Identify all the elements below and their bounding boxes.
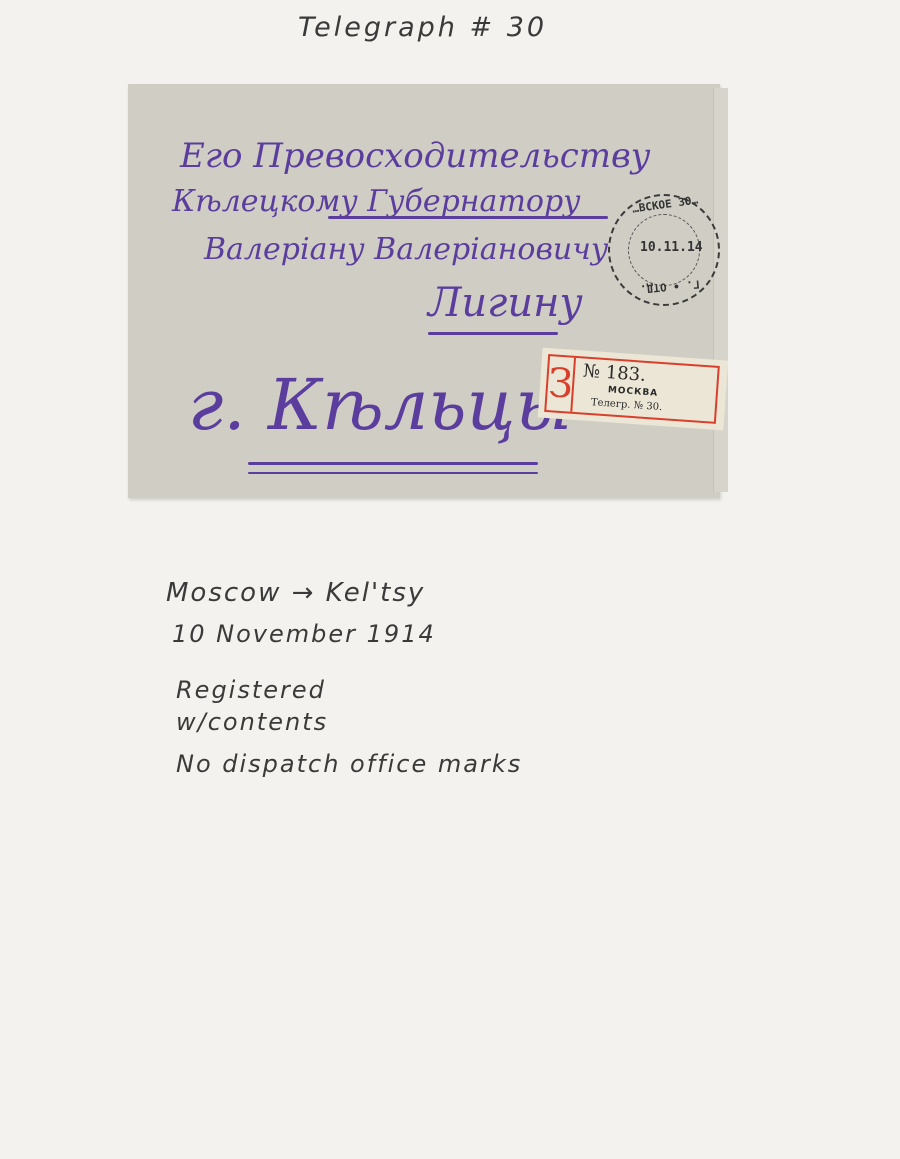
registration-class-letter: З: [546, 356, 576, 412]
ink-underline: [428, 332, 558, 335]
note-registered: Registered: [176, 676, 326, 704]
ink-underline: [328, 216, 608, 219]
note-date: 10 November 1914: [172, 620, 436, 648]
note-route: Moscow → Kel'tsy: [166, 578, 425, 608]
ink-underline: [248, 462, 538, 465]
registration-frame: З № 183. МОСКВА Телегр. № 30.: [544, 354, 720, 424]
address-line-city: г. Кѣльцы: [188, 364, 572, 446]
envelope-flap-edge: [713, 88, 728, 492]
postmark-stamp: …ВСКОЕ ЗО… 10.11.14 Г. • ОТД.: [608, 194, 720, 306]
address-line-name: Валеріану Валеріановичу: [204, 232, 608, 267]
postmark-top-text: …ВСКОЕ ЗО…: [631, 193, 698, 215]
registration-office: Телегр. № 30.: [591, 397, 663, 413]
address-line-surname: Лигину: [428, 280, 583, 326]
note-dispatch-marks: No dispatch office marks: [176, 750, 522, 778]
ink-underline: [248, 472, 538, 474]
registration-city: МОСКВА: [608, 385, 659, 398]
address-line-title: Кѣлецкому Губернатору: [172, 184, 581, 219]
address-line-honorific: Его Превосходительству: [180, 136, 651, 176]
registration-number: № 183.: [582, 361, 646, 386]
postmark-date: 10.11.14: [640, 240, 703, 255]
envelope: Его Превосходительству Кѣлецкому Губерна…: [128, 84, 720, 498]
registration-label: З № 183. МОСКВА Телегр. № 30.: [538, 348, 728, 431]
page-title: Telegraph # 30: [298, 12, 547, 43]
note-contents: w/contents: [176, 708, 328, 736]
